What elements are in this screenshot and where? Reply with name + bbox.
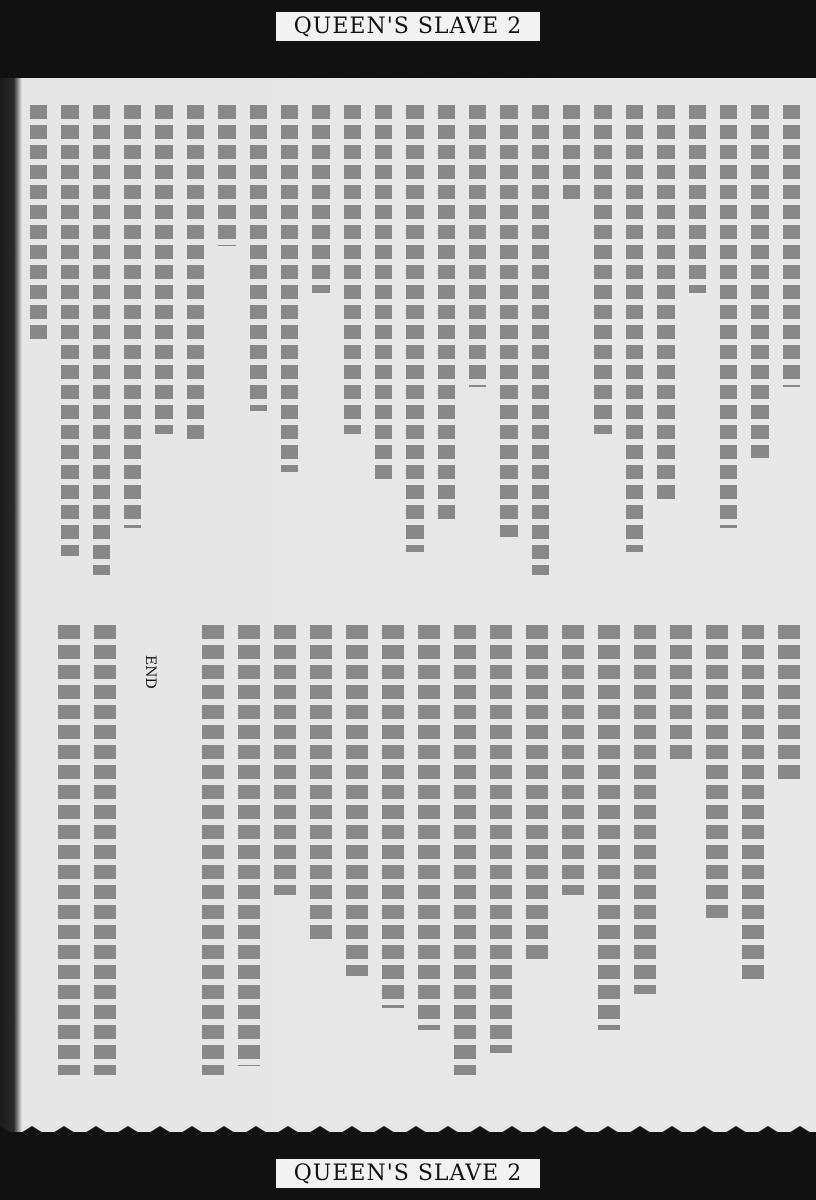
- text-column: [310, 625, 332, 940]
- header-zigzag-border: [0, 64, 816, 78]
- text-column: [469, 105, 486, 387]
- text-column: [382, 625, 404, 1008]
- text-column: [344, 105, 361, 434]
- page: QUEEN'S SLAVE 2: [0, 0, 816, 1200]
- text-column: [93, 105, 110, 575]
- text-column: [30, 105, 47, 340]
- text-column: [238, 625, 260, 1066]
- text-column: [598, 625, 620, 1030]
- text-column: [58, 625, 80, 1075]
- text-column: [274, 625, 296, 895]
- text-column: [532, 105, 549, 575]
- text-column: [202, 625, 224, 1075]
- text-column: [155, 105, 172, 434]
- text-column: [312, 105, 329, 293]
- text-column: [634, 625, 656, 994]
- text-column: [218, 105, 235, 246]
- text-column: [438, 105, 455, 519]
- vertical-text-body: END: [30, 95, 800, 1095]
- text-column: [187, 105, 204, 443]
- header-title-text: QUEEN'S SLAVE 2: [276, 12, 540, 43]
- footer-title: QUEEN'S SLAVE 2: [0, 1159, 816, 1190]
- text-column: [689, 105, 706, 293]
- lower-text-tier: [30, 625, 800, 1075]
- text-column: [490, 625, 512, 1053]
- text-column: [281, 105, 298, 472]
- text-column: [657, 105, 674, 505]
- text-column: [778, 625, 800, 783]
- text-column: [751, 105, 768, 458]
- text-column: [783, 105, 800, 387]
- text-column: [626, 105, 643, 552]
- text-column: [594, 105, 611, 434]
- text-column: [375, 105, 392, 481]
- text-column: [706, 625, 728, 918]
- text-column: [742, 625, 764, 985]
- text-column: [562, 625, 584, 895]
- text-column: [418, 625, 440, 1030]
- text-column: [124, 105, 141, 528]
- text-column: [526, 625, 548, 963]
- text-column: [670, 625, 692, 760]
- header-title: QUEEN'S SLAVE 2: [0, 12, 816, 43]
- end-mark: END: [142, 655, 158, 689]
- text-column: [563, 105, 580, 199]
- text-column: [61, 105, 78, 556]
- text-column: [454, 625, 476, 1075]
- upper-text-tier: [30, 105, 800, 575]
- text-column: [500, 105, 517, 537]
- footer-title-text: QUEEN'S SLAVE 2: [276, 1159, 540, 1190]
- text-column: [406, 105, 423, 552]
- text-column: [94, 625, 116, 1075]
- text-column: [720, 105, 737, 528]
- text-column: [250, 105, 267, 411]
- text-column: [346, 625, 368, 976]
